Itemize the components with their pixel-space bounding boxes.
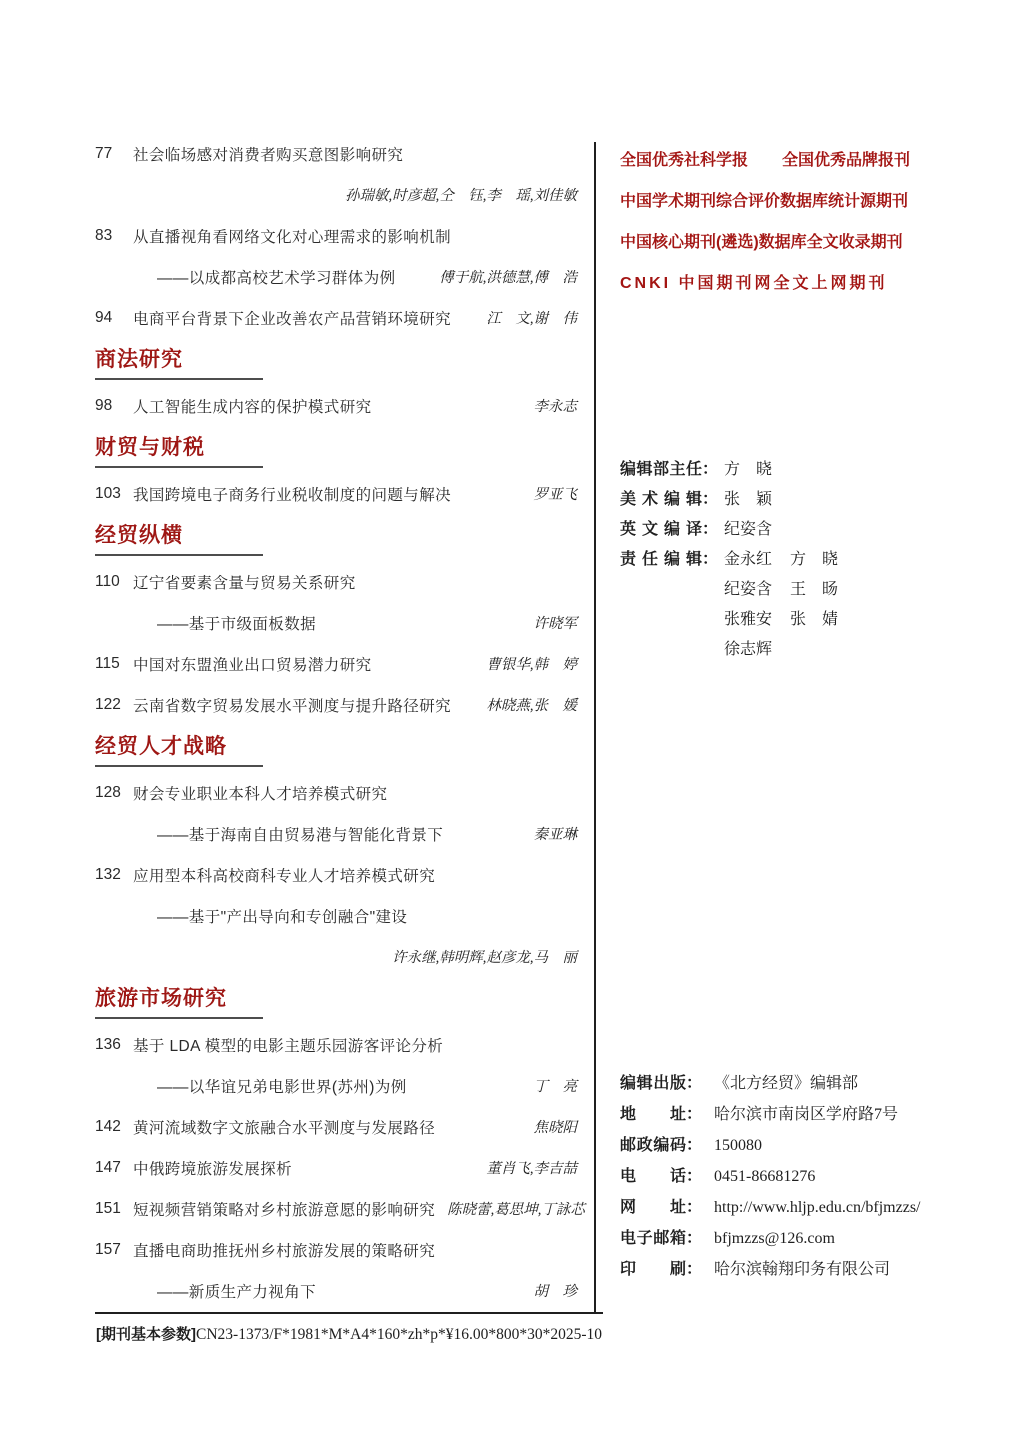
publisher-field-value: 哈尔滨市南岗区学府路7号: [714, 1099, 898, 1130]
page-number: 103: [95, 485, 133, 503]
editorial-staff-block: 编辑部主任： 方 晓 美术编辑： 张 颖 英文编译： 纪姿含 责任编辑： 金永红…: [620, 455, 910, 665]
toc-entry-row: 94 电商平台背景下企业改善农产品营销环境研究 江 文,谢 伟: [95, 297, 577, 338]
publisher-info-row: 印刷： 哈尔滨翰翔印务有限公司: [620, 1254, 920, 1285]
section-header-rule: [95, 554, 263, 556]
article-authors: 傅于航,洪德慧,傅 浩: [427, 266, 577, 287]
label-colon: ：: [702, 485, 718, 515]
toc-entry-row: 77 社会临场感对消费者购买意图影响研究: [95, 133, 577, 174]
article-subtitle: ——基于海南自由贸易港与智能化背景下: [157, 823, 443, 845]
staff-names: 张 颖: [724, 485, 910, 515]
toc-section: 商法研究 98 人工智能生成内容的保护模式研究 李永志: [95, 347, 577, 426]
publisher-field-value: 哈尔滨翰翔印务有限公司: [714, 1254, 890, 1285]
article-authors: 胡 珍: [522, 1280, 578, 1301]
staff-name: 方 晓: [790, 551, 838, 568]
article-authors: 许晓军: [522, 612, 578, 633]
staff-name-row: 张 颖: [724, 485, 910, 515]
staff-name: 纪姿含: [724, 515, 790, 545]
toc-entry-row: 157 直播电商助推抚州乡村旅游发展的策略研究: [95, 1229, 577, 1270]
publisher-field-value: bfjmzzs@126.com: [714, 1223, 835, 1254]
page-number: 122: [95, 696, 133, 714]
section-header-rule: [95, 466, 263, 468]
staff-role-label: 英文编译: [620, 515, 702, 545]
accreditation-badge-line: CNKI 中国期刊网全文上网期刊: [620, 261, 910, 302]
label-colon: ：: [686, 1099, 702, 1130]
article-title: 短视频营销策略对乡村旅游意愿的影响研究: [133, 1198, 435, 1220]
toc-entry-row: 132 应用型本科高校商科专业人才培养模式研究: [95, 854, 577, 895]
staff-role-label: 编辑部主任: [620, 455, 702, 485]
toc-entry-row: 136 基于 LDA 模型的电影主题乐园游客评论分析: [95, 1024, 577, 1065]
staff-names: 方 晓: [724, 455, 910, 485]
toc-entry-row: 103 我国跨境电子商务行业税收制度的问题与解决 罗亚飞: [95, 473, 577, 514]
publisher-info-row: 电话： 0451-86681276: [620, 1161, 920, 1192]
label-colon: ：: [686, 1223, 702, 1254]
section-items: 128 财会专业职业本科人才培养模式研究 ——基于海南自由贸易港与智能化背景下 …: [95, 772, 577, 977]
section-header: 经贸纵横: [95, 523, 577, 549]
publisher-info-row: 编辑出版： 《北方经贸》编辑部: [620, 1068, 920, 1099]
toc-entry-row: 115 中国对东盟渔业出口贸易潜力研究 曹银华,韩 婷: [95, 643, 577, 684]
toc-entry-row: 83 从直播视角看网络文化对心理需求的影响机制: [95, 215, 577, 256]
publisher-field-label: 邮政编码: [620, 1130, 686, 1161]
section-items: 98 人工智能生成内容的保护模式研究 李永志: [95, 385, 577, 426]
badge-text: 全国优秀品牌报刊: [782, 147, 910, 170]
staff-name: 纪姿含: [724, 575, 790, 605]
article-subtitle: ——基于市级面板数据: [157, 612, 316, 634]
staff-names: 纪姿含: [724, 515, 910, 545]
journal-toc-page: 77 社会临场感对消费者购买意图影响研究 孙瑞敏,时彦超,仝 钰,李 瑶,刘佳敏…: [0, 0, 1024, 1436]
toc-subtitle-row: ——新质生产力视角下 胡 珍: [95, 1270, 577, 1311]
section-header-rule: [95, 378, 263, 380]
staff-name-row: 金永红方 晓: [724, 545, 910, 575]
publisher-field-value: 0451-86681276: [714, 1161, 815, 1192]
staff-name: 张雅安: [724, 605, 790, 635]
article-title: 基于 LDA 模型的电影主题乐园游客评论分析: [133, 1034, 443, 1056]
badge-text: 全国优秀社科学报: [620, 147, 748, 170]
staff-name: 金永红: [724, 545, 790, 575]
article-title: 电商平台背景下企业改善农产品营销环境研究: [133, 307, 451, 329]
article-title: 社会临场感对消费者购买意图影响研究: [133, 143, 403, 165]
article-authors: 孙瑞敏,时彦超,仝 钰,李 瑶,刘佳敏: [333, 184, 577, 205]
editorial-staff-row: 英文编译： 纪姿含: [620, 515, 910, 545]
accreditation-badge-line: 中国学术期刊综合评价数据库统计源期刊: [620, 179, 910, 220]
toc-section: 经贸纵横 110 辽宁省要素含量与贸易关系研究 ——基于市级面板数据 许晓军 1…: [95, 523, 577, 725]
label-colon: ：: [686, 1254, 702, 1285]
section-header-rule: [95, 765, 263, 767]
article-title: 从直播视角看网络文化对心理需求的影响机制: [133, 225, 451, 247]
toc-subtitle-row: ——基于市级面板数据 许晓军: [95, 602, 577, 643]
section-header: 商法研究: [95, 347, 577, 373]
accreditation-badge-line: 中国核心期刊(遴选)数据库全文收录期刊: [620, 220, 910, 261]
staff-names: 金永红方 晓纪姿含王 旸张雅安张 婧徐志辉: [724, 545, 910, 665]
toc-authors-row: 许永继,韩明辉,赵彦龙,马 丽: [95, 936, 577, 977]
toc-subtitle-row: ——基于海南自由贸易港与智能化背景下 秦亚琳: [95, 813, 577, 854]
staff-name: 张 婧: [790, 611, 838, 628]
publisher-field-value: 《北方经贸》编辑部: [714, 1068, 858, 1099]
badge-text: 中国核心期刊(遴选)数据库全文收录期刊: [620, 229, 903, 252]
article-title: 我国跨境电子商务行业税收制度的问题与解决: [133, 483, 451, 505]
article-authors: 李永志: [522, 395, 578, 416]
page-number: 83: [95, 227, 133, 245]
article-authors: 罗亚飞: [522, 483, 578, 504]
label-colon: ：: [702, 545, 718, 575]
label-colon: ：: [686, 1068, 702, 1099]
editorial-staff-row: 美术编辑： 张 颖: [620, 485, 910, 515]
page-number: 142: [95, 1118, 133, 1136]
article-title: 人工智能生成内容的保护模式研究: [133, 395, 372, 417]
badge-text: 中国学术期刊综合评价数据库统计源期刊: [620, 188, 908, 211]
toc-entry-row: 128 财会专业职业本科人才培养模式研究: [95, 772, 577, 813]
staff-role-label: 责任编辑: [620, 545, 702, 575]
toc-subtitle-row: ——基于"产出导向和专创融合"建设: [95, 895, 577, 936]
staff-name: 张 颖: [724, 485, 790, 515]
article-subtitle: ——新质生产力视角下: [157, 1280, 316, 1302]
accreditation-badge-line: 全国优秀社科学报全国优秀品牌报刊: [620, 138, 910, 179]
section-header: 财贸与财税: [95, 435, 577, 461]
article-subtitle: ——以华谊兄弟电影世界(苏州)为例: [157, 1075, 407, 1097]
toc-section: 77 社会临场感对消费者购买意图影响研究 孙瑞敏,时彦超,仝 钰,李 瑶,刘佳敏…: [95, 133, 577, 338]
article-title: 中俄跨境旅游发展探析: [133, 1157, 292, 1179]
page-number: 110: [95, 573, 133, 591]
toc-section: 经贸人才战略 128 财会专业职业本科人才培养模式研究 ——基于海南自由贸易港与…: [95, 734, 577, 977]
editorial-staff-row: 责任编辑： 金永红方 晓纪姿含王 旸张雅安张 婧徐志辉: [620, 545, 910, 665]
label-colon: ：: [686, 1161, 702, 1192]
page-number: 157: [95, 1241, 133, 1259]
toc-section: 财贸与财税 103 我国跨境电子商务行业税收制度的问题与解决 罗亚飞: [95, 435, 577, 514]
publisher-info-block: 编辑出版： 《北方经贸》编辑部 地址： 哈尔滨市南岗区学府路7号 邮政编码： 1…: [620, 1068, 920, 1285]
badge-text: CNKI 中国期刊网全文上网期刊: [620, 270, 888, 293]
page-number: 136: [95, 1036, 133, 1054]
article-title: 直播电商助推抚州乡村旅游发展的策略研究: [133, 1239, 435, 1261]
article-authors: 焦晓阳: [522, 1116, 578, 1137]
column-divider-line: [594, 142, 596, 1313]
staff-name: 王 旸: [790, 581, 838, 598]
article-title: 黄河流域数字文旅融合水平测度与发展路径: [133, 1116, 435, 1138]
publisher-field-value: 150080: [714, 1130, 762, 1161]
publisher-field-label: 地址: [620, 1099, 686, 1130]
article-title: 财会专业职业本科人才培养模式研究: [133, 782, 387, 804]
publisher-info-row: 地址： 哈尔滨市南岗区学府路7号: [620, 1099, 920, 1130]
label-colon: ：: [686, 1130, 702, 1161]
publisher-field-label: 网址: [620, 1192, 686, 1223]
article-subtitle: ——基于"产出导向和专创融合"建设: [157, 905, 407, 927]
publisher-field-label: 印刷: [620, 1254, 686, 1285]
staff-name-row: 纪姿含王 旸: [724, 575, 910, 605]
toc-entry-row: 122 云南省数字贸易发展水平测度与提升路径研究 林晓燕,张 媛: [95, 684, 577, 725]
page-number: 115: [95, 655, 133, 673]
article-authors: 许永继,韩明辉,赵彦龙,马 丽: [380, 946, 577, 967]
staff-name: 徐志辉: [724, 635, 790, 665]
page-number: 132: [95, 866, 133, 884]
staff-name-row: 纪姿含: [724, 515, 910, 545]
page-number: 94: [95, 309, 133, 327]
editorial-staff-row: 编辑部主任： 方 晓: [620, 455, 910, 485]
article-authors: 林晓燕,张 媛: [474, 694, 577, 715]
footer-divider-line: [95, 1312, 603, 1314]
staff-role-label: 美术编辑: [620, 485, 702, 515]
article-authors: 董肖飞,李吉喆: [474, 1157, 577, 1178]
toc-subtitle-row: ——以成都高校艺术学习群体为例 傅于航,洪德慧,傅 浩: [95, 256, 577, 297]
publisher-info-row: 网址： http://www.hljp.edu.cn/bfjmzzs/: [620, 1192, 920, 1223]
section-items: 77 社会临场感对消费者购买意图影响研究 孙瑞敏,时彦超,仝 钰,李 瑶,刘佳敏…: [95, 133, 577, 338]
page-number: 98: [95, 397, 133, 415]
article-authors: 江 文,谢 伟: [474, 307, 577, 328]
toc-entry-row: 142 黄河流域数字文旅融合水平测度与发展路径 焦晓阳: [95, 1106, 577, 1147]
article-authors: 陈晓蕾,葛思坤,丁詠芯: [435, 1198, 585, 1219]
params-label: [期刊基本参数]: [96, 1326, 196, 1343]
section-items: 110 辽宁省要素含量与贸易关系研究 ——基于市级面板数据 许晓军 115 中国…: [95, 561, 577, 725]
article-title: 辽宁省要素含量与贸易关系研究: [133, 571, 356, 593]
article-title: 中国对东盟渔业出口贸易潜力研究: [133, 653, 372, 675]
article-authors: 秦亚琳: [522, 823, 578, 844]
toc-entry-row: 110 辽宁省要素含量与贸易关系研究: [95, 561, 577, 602]
label-colon: ：: [702, 455, 718, 485]
params-value: CN23-1373/F*1981*M*A4*160*zh*p*¥16.00*80…: [196, 1326, 602, 1343]
publisher-field-label: 电话: [620, 1161, 686, 1192]
section-header: 经贸人才战略: [95, 734, 577, 760]
page-number: 147: [95, 1159, 133, 1177]
article-title: 云南省数字贸易发展水平测度与提升路径研究: [133, 694, 451, 716]
publisher-field-value: http://www.hljp.edu.cn/bfjmzzs/: [714, 1192, 920, 1223]
section-items: 103 我国跨境电子商务行业税收制度的问题与解决 罗亚飞: [95, 473, 577, 514]
section-header: 旅游市场研究: [95, 986, 577, 1012]
page-number: 77: [95, 145, 133, 163]
article-title: 应用型本科高校商科专业人才培养模式研究: [133, 864, 435, 886]
toc-entry-row: 98 人工智能生成内容的保护模式研究 李永志: [95, 385, 577, 426]
article-subtitle: ——以成都高校艺术学习群体为例: [157, 266, 396, 288]
label-colon: ：: [702, 515, 718, 545]
page-number: 151: [95, 1200, 133, 1218]
toc-entry-row: 151 短视频营销策略对乡村旅游意愿的影响研究 陈晓蕾,葛思坤,丁詠芯: [95, 1188, 577, 1229]
staff-name-row: 张雅安张 婧: [724, 605, 910, 635]
journal-parameters: [期刊基本参数]CN23-1373/F*1981*M*A4*160*zh*p*¥…: [96, 1323, 602, 1344]
toc-section: 旅游市场研究 136 基于 LDA 模型的电影主题乐园游客评论分析 ——以华谊兄…: [95, 986, 577, 1311]
article-authors: 曹银华,韩 婷: [474, 653, 577, 674]
accreditation-badges: 全国优秀社科学报全国优秀品牌报刊中国学术期刊综合评价数据库统计源期刊中国核心期刊…: [620, 138, 910, 302]
section-items: 136 基于 LDA 模型的电影主题乐园游客评论分析 ——以华谊兄弟电影世界(苏…: [95, 1024, 577, 1311]
staff-name-row: 方 晓: [724, 455, 910, 485]
label-colon: ：: [686, 1192, 702, 1223]
publisher-field-label: 编辑出版: [620, 1068, 686, 1099]
page-number: 128: [95, 784, 133, 802]
staff-name-row: 徐志辉: [724, 635, 910, 665]
staff-name: 方 晓: [724, 455, 790, 485]
publisher-info-row: 电子邮箱： bfjmzzs@126.com: [620, 1223, 920, 1254]
toc-authors-row: 孙瑞敏,时彦超,仝 钰,李 瑶,刘佳敏: [95, 174, 577, 215]
toc-entry-row: 147 中俄跨境旅游发展探析 董肖飞,李吉喆: [95, 1147, 577, 1188]
article-authors: 丁 亮: [522, 1075, 578, 1096]
publisher-field-label: 电子邮箱: [620, 1223, 686, 1254]
section-header-rule: [95, 1017, 263, 1019]
toc-column: 77 社会临场感对消费者购买意图影响研究 孙瑞敏,时彦超,仝 钰,李 瑶,刘佳敏…: [95, 133, 577, 1311]
toc-subtitle-row: ——以华谊兄弟电影世界(苏州)为例 丁 亮: [95, 1065, 577, 1106]
publisher-info-row: 邮政编码： 150080: [620, 1130, 920, 1161]
